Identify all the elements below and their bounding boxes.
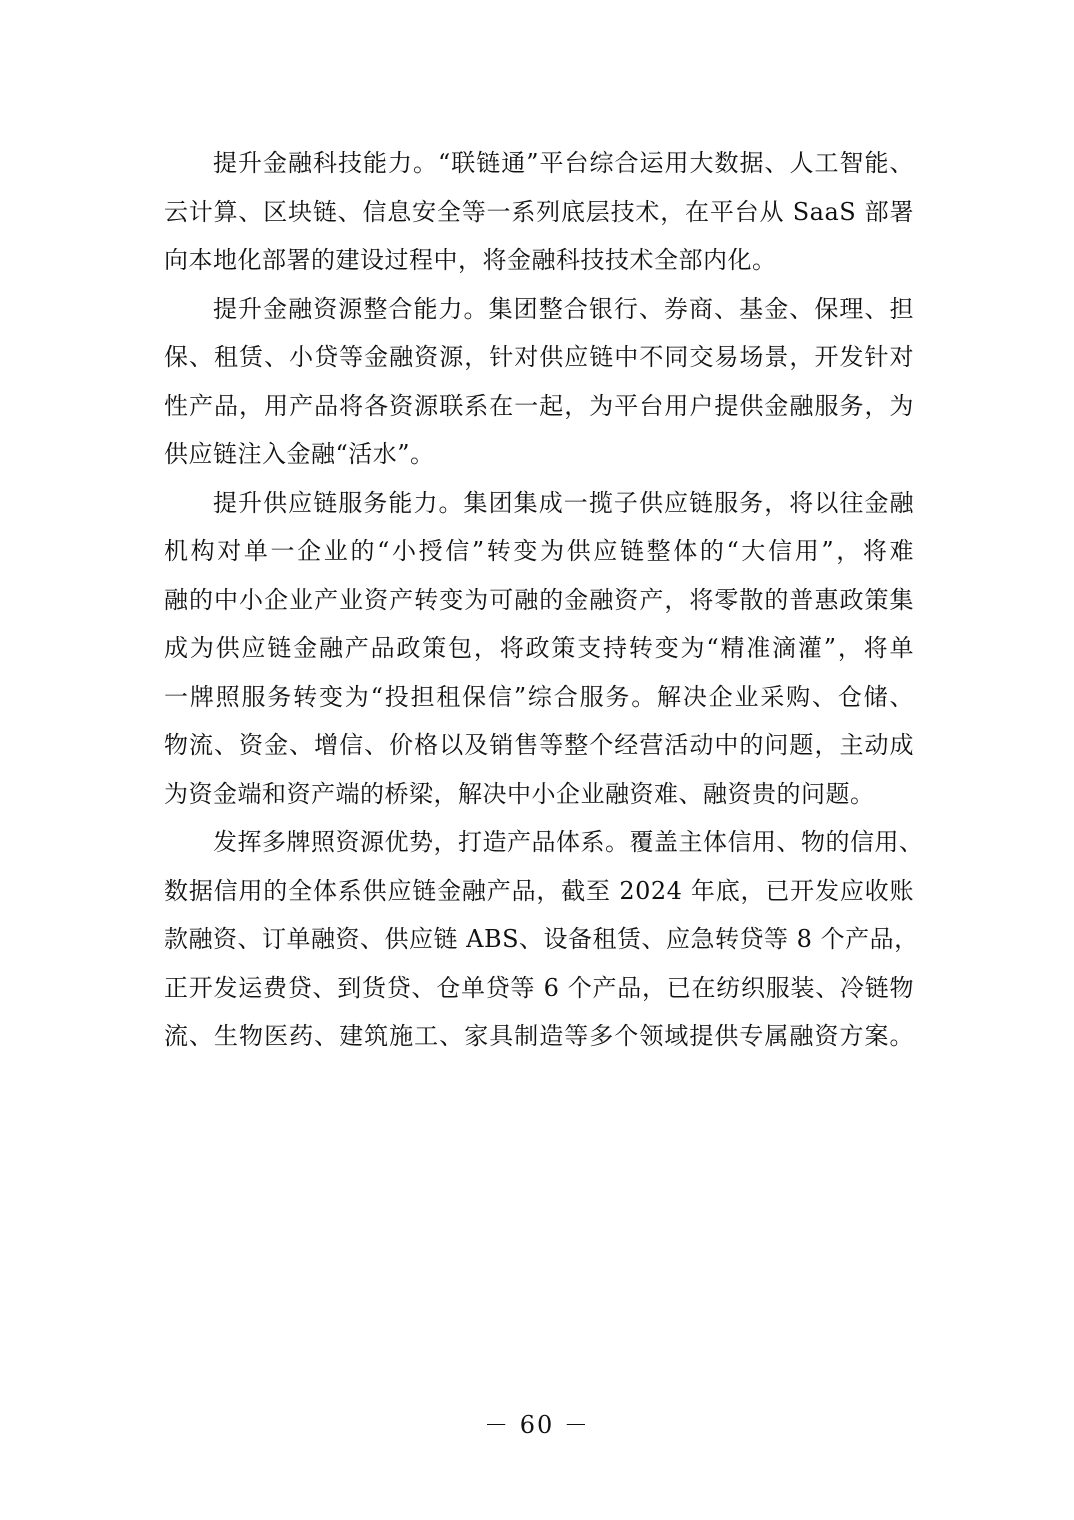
- text-line: 款融资、订单融资、供应链 ABS、设备租赁、应急转贷等 8 个产品，: [164, 915, 914, 964]
- body-text: 提升金融科技能力。“联链通”平台综合运用大数据、人工智能、 云计算、区块链、信息…: [164, 139, 914, 1061]
- paragraph-fintech-capability: 提升金融科技能力。“联链通”平台综合运用大数据、人工智能、 云计算、区块链、信息…: [164, 139, 914, 285]
- text-line: 提升金融科技能力。“联链通”平台综合运用大数据、人工智能、: [164, 139, 914, 188]
- text-line: 云计算、区块链、信息安全等一系列底层技术，在平台从 SaaS 部署: [164, 188, 914, 237]
- text-line: 数据信用的全体系供应链金融产品，截至 2024 年底，已开发应收账: [164, 867, 914, 916]
- paragraph-supply-chain-service: 提升供应链服务能力。集团集成一揽子供应链服务，将以往金融 机构对单一企业的“小授…: [164, 479, 914, 819]
- text-line: 性产品，用产品将各资源联系在一起，为平台用户提供金融服务，为: [164, 382, 914, 431]
- text-line: 成为供应链金融产品政策包，将政策支持转变为“精准滴灌”，将单: [164, 624, 914, 673]
- document-page: 提升金融科技能力。“联链通”平台综合运用大数据、人工智能、 云计算、区块链、信息…: [0, 0, 1074, 1520]
- paragraph-product-system: 发挥多牌照资源优势，打造产品体系。覆盖主体信用、物的信用、 数据信用的全体系供应…: [164, 818, 914, 1061]
- text-line: 一牌照服务转变为“投担租保信”综合服务。解决企业采购、仓储、: [164, 673, 914, 722]
- paragraph-financial-resource-integration: 提升金融资源整合能力。集团整合银行、券商、基金、保理、担 保、租赁、小贷等金融资…: [164, 285, 914, 479]
- text-line: 提升供应链服务能力。集团集成一揽子供应链服务，将以往金融: [164, 479, 914, 528]
- text-line: 保、租赁、小贷等金融资源，针对供应链中不同交易场景，开发针对: [164, 333, 914, 382]
- text-line: 为资金端和资产端的桥梁，解决中小企业融资难、融资贵的问题。: [164, 770, 914, 819]
- text-line: 流、生物医药、建筑施工、家具制造等多个领域提供专属融资方案。: [164, 1012, 914, 1061]
- text-line: 正开发运费贷、到货贷、仓单贷等 6 个产品，已在纺织服装、冷链物: [164, 964, 914, 1013]
- text-line: 向本地化部署的建设过程中，将金融科技技术全部内化。: [164, 236, 914, 285]
- text-line: 机构对单一企业的“小授信”转变为供应链整体的“大信用”，将难: [164, 527, 914, 576]
- text-line: 提升金融资源整合能力。集团整合银行、券商、基金、保理、担: [164, 285, 914, 334]
- text-line: 物流、资金、增信、价格以及销售等整个经营活动中的问题，主动成: [164, 721, 914, 770]
- text-line: 融的中小企业产业资产转变为可融的金融资产，将零散的普惠政策集: [164, 576, 914, 625]
- page-number: － 60 －: [0, 1410, 1074, 1440]
- text-line: 发挥多牌照资源优势，打造产品体系。覆盖主体信用、物的信用、: [164, 818, 914, 867]
- text-line: 供应链注入金融“活水”。: [164, 430, 914, 479]
